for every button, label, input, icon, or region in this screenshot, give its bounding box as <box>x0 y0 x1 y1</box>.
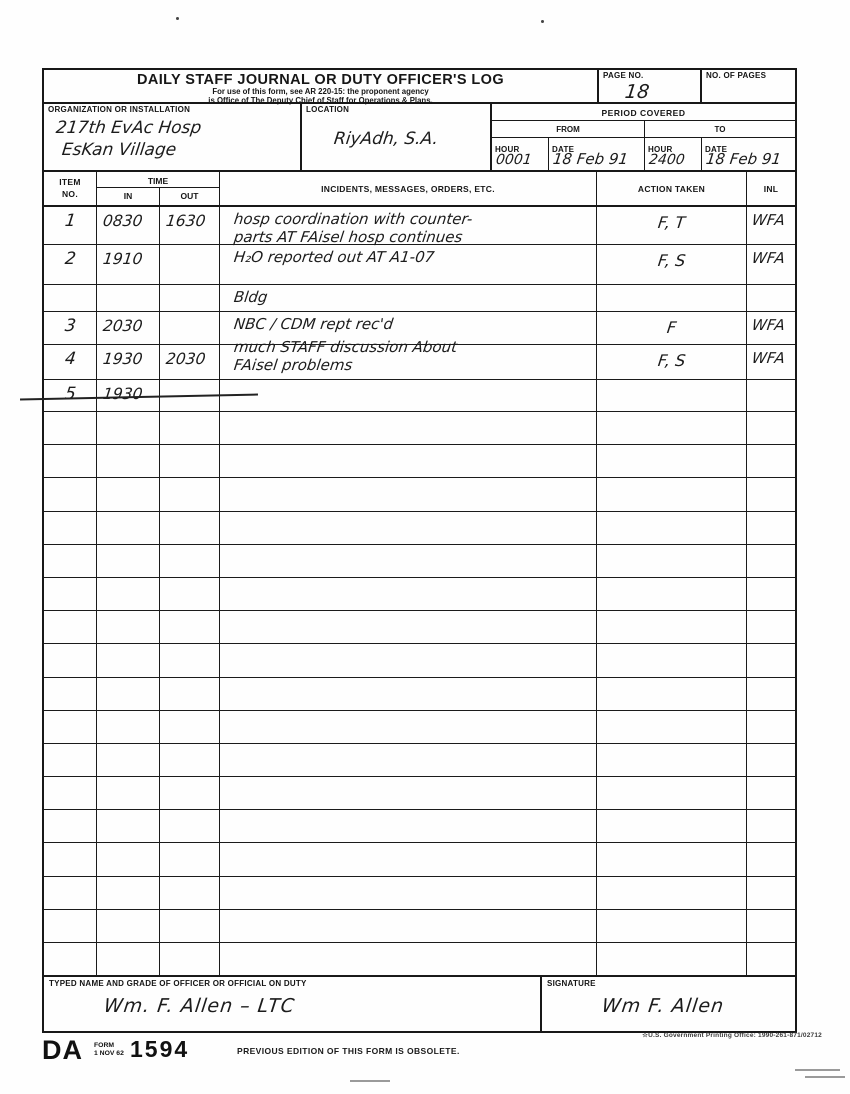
empty-cell <box>97 910 160 942</box>
empty-cell <box>747 512 795 544</box>
empty-cell <box>597 877 747 909</box>
empty-cell <box>97 711 160 743</box>
item-no-cell: 2 <box>44 245 97 284</box>
incident-text-line: parts AT FAisel hosp continues <box>233 228 597 246</box>
empty-cell <box>220 412 597 444</box>
empty-cell <box>597 644 747 676</box>
page-no-field: PAGE NO. 18 <box>599 70 702 102</box>
log-row-empty <box>44 478 795 511</box>
form-edition-date: 1 NOV 62 <box>94 1050 124 1057</box>
empty-cell <box>597 810 747 842</box>
to-hour-value: 2400 <box>648 152 686 168</box>
empty-cell <box>44 877 97 909</box>
empty-cell <box>44 744 97 776</box>
empty-cell <box>220 744 597 776</box>
empty-cell <box>747 678 795 710</box>
empty-cell <box>160 711 220 743</box>
initials-cell: WFA <box>747 207 795 244</box>
log-row-2: 21910H₂O reported out AT A1-07F, SWFA <box>44 245 795 285</box>
action-taken-cell <box>597 380 747 411</box>
action-taken-cell: F, S <box>597 345 747 379</box>
empty-cell <box>597 545 747 577</box>
empty-cell <box>97 445 160 477</box>
item-no-cell-value: 5 <box>63 384 76 404</box>
organization-value-line2: EsKan Village <box>61 140 178 160</box>
no-of-pages-field: NO. OF PAGES <box>702 70 795 102</box>
empty-cell <box>44 843 97 875</box>
form-title: DAILY STAFF JOURNAL OR DUTY OFFICER'S LO… <box>44 72 597 88</box>
in-out-header-row: IN OUT <box>97 188 219 205</box>
time-header-group: TIME IN OUT <box>97 172 220 205</box>
to-label: TO <box>645 121 795 137</box>
time-in-cell-value: 1930 <box>102 350 144 368</box>
initials-cell <box>747 285 795 311</box>
empty-cell <box>160 877 220 909</box>
empty-cell <box>597 478 747 510</box>
empty-cell <box>160 910 220 942</box>
empty-cell <box>160 744 220 776</box>
empty-cell <box>160 545 220 577</box>
log-row-empty <box>44 810 795 843</box>
time-in-cell-value: 1910 <box>102 250 144 268</box>
log-row-6: 51930 <box>44 380 795 412</box>
from-hour-value: 0001 <box>495 152 533 168</box>
page-no-value: 18 <box>624 81 651 103</box>
time-out-cell: 1630 <box>160 207 220 244</box>
log-row-empty <box>44 777 795 810</box>
empty-cell <box>44 611 97 643</box>
time-in-cell: 0830 <box>97 207 160 244</box>
initials-cell-value: WFA <box>751 349 786 367</box>
empty-cell <box>597 412 747 444</box>
period-covered-label: PERIOD COVERED <box>492 104 795 121</box>
empty-cell <box>747 644 795 676</box>
organization-field: ORGANIZATION OR INSTALLATION 217th EvAc … <box>44 104 302 170</box>
empty-cell <box>160 843 220 875</box>
action-taken-cell: F, S <box>597 245 747 284</box>
empty-cell <box>220 777 597 809</box>
empty-cell <box>747 578 795 610</box>
time-header: TIME <box>97 172 219 188</box>
empty-cell <box>220 478 597 510</box>
empty-cell <box>597 777 747 809</box>
organization-label: ORGANIZATION OR INSTALLATION <box>48 106 300 115</box>
empty-cell <box>97 777 160 809</box>
page-no-label: PAGE NO. <box>603 72 700 81</box>
incident-text-line: FAisel problems <box>233 356 597 374</box>
empty-cell <box>97 810 160 842</box>
signature-band: TYPED NAME AND GRADE OF OFFICER OR OFFIC… <box>44 976 795 1031</box>
period-covered-field: PERIOD COVERED FROM TO HOUR 0001 DATE 18… <box>492 104 795 170</box>
signature-label: SIGNATURE <box>547 980 795 989</box>
empty-cell <box>597 744 747 776</box>
incident-cell: H₂O reported out AT A1-07 <box>220 245 597 284</box>
empty-cell <box>747 412 795 444</box>
initials-cell <box>747 380 795 411</box>
log-row-empty <box>44 877 795 910</box>
empty-cell <box>44 644 97 676</box>
location-field: LOCATION RiyAdh, S.A. <box>302 104 492 170</box>
to-date-value: 18 Feb 91 <box>705 150 782 168</box>
obsolete-note: PREVIOUS EDITION OF THIS FORM IS OBSOLET… <box>237 1046 460 1056</box>
signature-value: Wm F. Allen <box>601 995 726 1017</box>
action-taken-cell-value: F, S <box>657 251 687 270</box>
log-row-empty <box>44 843 795 876</box>
incident-text-line: hosp coordination with counter- <box>233 210 597 228</box>
empty-cell <box>597 910 747 942</box>
log-row-empty <box>44 545 795 578</box>
empty-cell <box>44 777 97 809</box>
scanned-da-form-1594-page: DAILY STAFF JOURNAL OR DUTY OFFICER'S LO… <box>0 0 850 1094</box>
empty-cell <box>747 777 795 809</box>
empty-cell <box>44 478 97 510</box>
form-number: 1594 <box>130 1036 189 1063</box>
empty-cell <box>220 711 597 743</box>
empty-cell <box>160 611 220 643</box>
action-taken-cell: F, T <box>597 207 747 244</box>
incident-cell <box>220 380 597 411</box>
empty-cell <box>44 545 97 577</box>
log-column-headers: ITEM NO. TIME IN OUT INCIDENTS, MESSAGES… <box>44 172 795 207</box>
empty-cell <box>597 943 747 975</box>
empty-cell <box>160 578 220 610</box>
time-in-header: IN <box>97 188 160 205</box>
from-to-header: FROM TO <box>492 121 795 138</box>
incident-cell: much STAFF discussion AboutFAisel proble… <box>220 345 597 379</box>
empty-cell <box>97 578 160 610</box>
form-word: FORM <box>94 1042 114 1049</box>
time-in-cell-value: 2030 <box>102 317 144 335</box>
log-row-empty <box>44 412 795 445</box>
empty-cell <box>160 445 220 477</box>
initials-cell-value: WFA <box>751 316 786 334</box>
empty-cell <box>747 910 795 942</box>
empty-cell <box>597 578 747 610</box>
log-row-3: Bldg <box>44 285 795 312</box>
time-in-cell: 2030 <box>97 312 160 344</box>
location-value: RiyAdh, S.A. <box>333 129 440 149</box>
empty-cell <box>160 943 220 975</box>
empty-cell <box>220 877 597 909</box>
form-id-line: DA FORM 1 NOV 62 1594 PREVIOUS EDITION O… <box>42 1035 822 1069</box>
item-no-cell-value: 3 <box>63 316 76 336</box>
log-rows: 108301630hosp coordination with counter-… <box>44 207 795 976</box>
time-out-cell <box>160 285 220 311</box>
action-taken-cell-value: F <box>666 318 678 337</box>
action-taken-cell-value: F, T <box>657 213 686 232</box>
item-no-cell: 4 <box>44 345 97 379</box>
incidents-header: INCIDENTS, MESSAGES, ORDERS, ETC. <box>220 172 597 205</box>
empty-cell <box>220 445 597 477</box>
initials-cell-value: WFA <box>751 249 786 267</box>
item-no-cell-value: 4 <box>63 349 76 369</box>
empty-cell <box>97 843 160 875</box>
action-taken-cell: F <box>597 312 747 344</box>
form-edition-block: FORM 1 NOV 62 <box>94 1042 124 1058</box>
time-in-cell: 1930 <box>97 345 160 379</box>
organization-value-line1: 217th EvAc Hosp <box>55 118 203 138</box>
log-row-empty <box>44 943 795 976</box>
incident-text-line: NBC / CDM rept rec'd <box>233 315 597 333</box>
item-header-line2: NO. <box>62 189 78 200</box>
from-label: FROM <box>492 121 645 137</box>
time-in-cell-value: 1930 <box>102 385 144 403</box>
log-row-empty <box>44 611 795 644</box>
empty-cell <box>220 611 597 643</box>
item-no-cell: 3 <box>44 312 97 344</box>
org-location-period-band: ORGANIZATION OR INSTALLATION 217th EvAc … <box>44 104 795 172</box>
empty-cell <box>97 412 160 444</box>
empty-cell <box>97 644 160 676</box>
empty-cell <box>220 910 597 942</box>
scan-artifact-dash <box>805 1076 845 1078</box>
empty-cell <box>747 744 795 776</box>
initials-cell: WFA <box>747 312 795 344</box>
empty-cell <box>97 678 160 710</box>
initials-header: INL <box>747 172 795 205</box>
empty-cell <box>97 611 160 643</box>
item-no-cell: 5 <box>44 380 97 411</box>
scan-artifact-dash <box>795 1069 840 1071</box>
empty-cell <box>747 545 795 577</box>
incident-cell: hosp coordination with counter-parts AT … <box>220 207 597 244</box>
empty-cell <box>97 744 160 776</box>
empty-cell <box>747 943 795 975</box>
da-prefix: DA <box>42 1035 83 1066</box>
hour-date-row: HOUR 0001 DATE 18 Feb 91 HOUR 2400 DATE … <box>492 138 795 170</box>
empty-cell <box>160 777 220 809</box>
scan-artifact-dash <box>350 1080 390 1082</box>
empty-cell <box>97 478 160 510</box>
empty-cell <box>597 445 747 477</box>
time-in-cell-value: 0830 <box>102 212 144 230</box>
empty-cell <box>597 512 747 544</box>
empty-cell <box>160 512 220 544</box>
empty-cell <box>97 512 160 544</box>
log-row-empty <box>44 711 795 744</box>
time-out-cell-value: 2030 <box>165 350 207 368</box>
incident-text-line: Bldg <box>233 288 597 306</box>
empty-cell <box>597 843 747 875</box>
action-taken-header: ACTION TAKEN <box>597 172 747 205</box>
empty-cell <box>160 644 220 676</box>
time-out-cell <box>160 245 220 284</box>
empty-cell <box>160 478 220 510</box>
empty-cell <box>97 943 160 975</box>
log-row-empty <box>44 512 795 545</box>
initials-cell: WFA <box>747 245 795 284</box>
typed-name-field: TYPED NAME AND GRADE OF OFFICER OR OFFIC… <box>44 977 542 1031</box>
empty-cell <box>747 810 795 842</box>
typed-name-value: Wm. F. Allen – LTC <box>103 995 297 1017</box>
empty-cell <box>747 478 795 510</box>
initials-cell-value: WFA <box>751 211 786 229</box>
empty-cell <box>220 545 597 577</box>
typed-name-label: TYPED NAME AND GRADE OF OFFICER OR OFFIC… <box>49 980 540 989</box>
item-no-cell-value: 1 <box>63 211 76 231</box>
time-in-cell: 1910 <box>97 245 160 284</box>
empty-cell <box>597 678 747 710</box>
empty-cell <box>44 445 97 477</box>
empty-cell <box>747 711 795 743</box>
initials-cell: WFA <box>747 345 795 379</box>
incident-text-line: H₂O reported out AT A1-07 <box>233 248 597 266</box>
time-out-header: OUT <box>160 188 219 205</box>
action-taken-cell-value: F, S <box>657 351 687 370</box>
empty-cell <box>44 512 97 544</box>
signature-field: SIGNATURE Wm F. Allen <box>542 977 795 1031</box>
from-date-value: 18 Feb 91 <box>552 150 629 168</box>
time-out-cell <box>160 312 220 344</box>
item-header-line1: ITEM <box>59 177 81 188</box>
to-hour-field: HOUR 2400 <box>645 138 702 170</box>
location-label: LOCATION <box>306 106 490 115</box>
to-date-field: DATE 18 Feb 91 <box>702 138 795 170</box>
empty-cell <box>97 877 160 909</box>
empty-cell <box>220 578 597 610</box>
log-row-empty <box>44 578 795 611</box>
empty-cell <box>44 910 97 942</box>
log-row-empty <box>44 910 795 943</box>
no-of-pages-label: NO. OF PAGES <box>706 72 795 81</box>
empty-cell <box>597 611 747 643</box>
log-row-empty <box>44 644 795 677</box>
scan-speck <box>176 17 179 20</box>
log-row-empty <box>44 678 795 711</box>
empty-cell <box>220 512 597 544</box>
empty-cell <box>220 943 597 975</box>
empty-cell <box>160 810 220 842</box>
from-hour-field: HOUR 0001 <box>492 138 549 170</box>
incident-text-line: much STAFF discussion About <box>233 338 597 356</box>
log-row-1: 108301630hosp coordination with counter-… <box>44 207 795 245</box>
log-row-5: 419302030much STAFF discussion AboutFAis… <box>44 345 795 380</box>
empty-cell <box>220 810 597 842</box>
empty-cell <box>44 810 97 842</box>
empty-cell <box>97 545 160 577</box>
empty-cell <box>44 578 97 610</box>
action-taken-cell <box>597 285 747 311</box>
empty-cell <box>44 412 97 444</box>
empty-cell <box>44 678 97 710</box>
empty-cell <box>220 843 597 875</box>
item-no-cell <box>44 285 97 311</box>
empty-cell <box>220 678 597 710</box>
scan-speck <box>541 20 544 23</box>
form-header-band: DAILY STAFF JOURNAL OR DUTY OFFICER'S LO… <box>44 70 795 104</box>
empty-cell <box>747 843 795 875</box>
empty-cell <box>160 678 220 710</box>
item-no-cell: 1 <box>44 207 97 244</box>
incident-cell: Bldg <box>220 285 597 311</box>
item-no-cell-value: 2 <box>63 249 76 269</box>
empty-cell <box>160 412 220 444</box>
from-date-field: DATE 18 Feb 91 <box>549 138 645 170</box>
empty-cell <box>220 644 597 676</box>
time-out-cell: 2030 <box>160 345 220 379</box>
empty-cell <box>747 445 795 477</box>
time-in-cell <box>97 285 160 311</box>
empty-cell <box>597 711 747 743</box>
empty-cell <box>747 611 795 643</box>
log-row-empty <box>44 744 795 777</box>
empty-cell <box>44 943 97 975</box>
log-row-empty <box>44 445 795 478</box>
title-block: DAILY STAFF JOURNAL OR DUTY OFFICER'S LO… <box>44 70 599 102</box>
da-form-1594: DAILY STAFF JOURNAL OR DUTY OFFICER'S LO… <box>42 68 797 1033</box>
time-out-cell-value: 1630 <box>165 212 207 230</box>
empty-cell <box>747 877 795 909</box>
gpo-print-note: ☆U.S. Government Printing Office: 1990-2… <box>642 1031 822 1039</box>
empty-cell <box>44 711 97 743</box>
item-no-header: ITEM NO. <box>44 172 97 205</box>
